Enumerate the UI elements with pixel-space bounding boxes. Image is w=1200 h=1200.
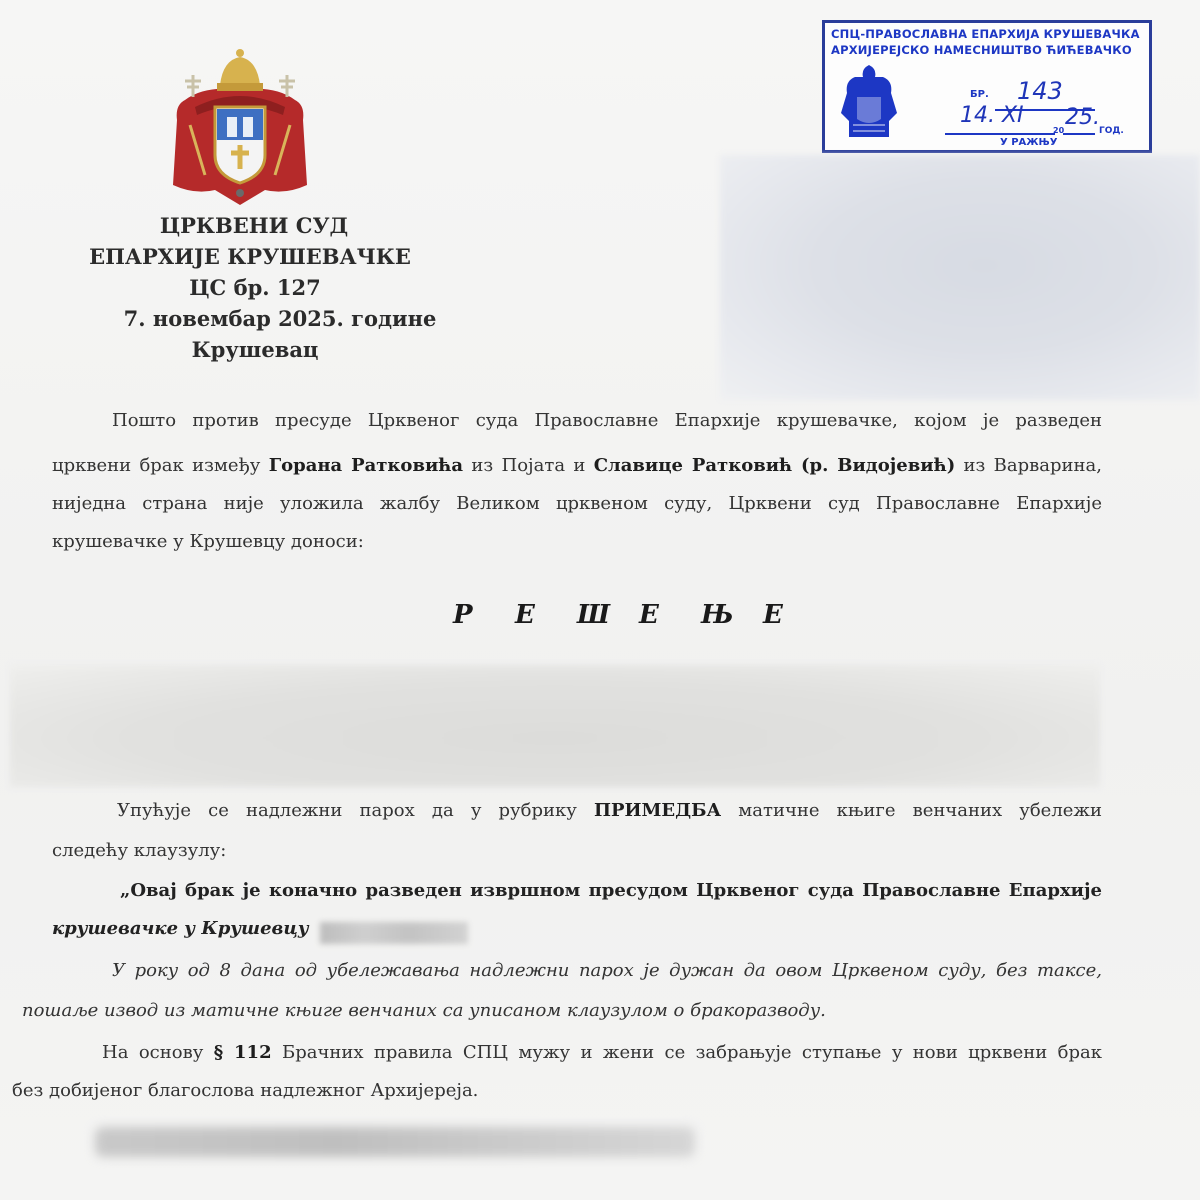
- rule-section-number: § 112: [214, 1042, 272, 1063]
- title-letter: Р: [453, 600, 515, 630]
- remark-field-name: ПРИМЕДБА: [594, 800, 721, 821]
- intro-line: Пошто против пресуде Црквеног суда Право…: [112, 410, 1102, 431]
- clause-line: „Овај брак је коначно разведен извршном …: [120, 880, 1102, 901]
- stamp-date-value: 14. XI: [960, 103, 1024, 128]
- text-span: Брачних правила СПЦ мужу и жени се забра…: [272, 1042, 1102, 1063]
- church-coat-of-arms-icon: [165, 45, 315, 210]
- decision-title: РЕШЕЊЕ: [453, 600, 825, 630]
- instruction-line: Упућује се надлежни парох да у рубрику П…: [117, 800, 1102, 821]
- text-span: црквени брак између: [52, 455, 269, 476]
- closing-line: пошаље извод из матичне књиге венчаних с…: [22, 1000, 1072, 1021]
- closing-line: без добијеног благослова надлежног Архиј…: [12, 1080, 1062, 1101]
- stamp-title-line1: СПЦ-ПРАВОСЛАВНА ЕПАРХИЈА КРУШЕВАЧКА: [831, 27, 1140, 41]
- instruction-line: следећу клаузулу:: [52, 840, 1102, 861]
- stamp-place: У РАЖЊУ: [1000, 137, 1058, 148]
- text-span: из Варварина,: [955, 455, 1102, 476]
- intro-line: крушевачке у Крушевцу доноси:: [52, 531, 1102, 552]
- closing-line: У року од 8 дана од убележавања надлежни…: [112, 960, 1102, 981]
- title-letter: Е: [763, 600, 825, 630]
- title-letter: Ш: [577, 600, 639, 630]
- text-span: На основу: [102, 1042, 214, 1063]
- stamp-year-value: 25.: [1065, 105, 1100, 130]
- text-span: из Појата и: [463, 455, 594, 476]
- party-wife-name: Славице Ратковић (р. Видојевић): [594, 455, 956, 476]
- registry-stamp: СПЦ-ПРАВОСЛАВНА ЕПАРХИЈА КРУШЕВАЧКА АРХИ…: [822, 20, 1152, 153]
- stamp-number-label: БР.: [970, 89, 989, 100]
- redacted-footer-line: [95, 1127, 695, 1157]
- title-letter: Е: [515, 600, 577, 630]
- case-number: ЦС бр. 127: [70, 272, 440, 303]
- document-date: 7. новембар 2025. године: [120, 303, 440, 334]
- closing-line: На основу § 112 Брачних правила СПЦ мужу…: [102, 1042, 1102, 1063]
- redacted-decision-body: [10, 665, 1100, 787]
- court-header: ЦРКВЕНИ СУД ЕПАРХИЈЕ КРУШЕВАЧКЕ ЦС бр. 1…: [60, 210, 440, 365]
- text-span: матичне књиге венчаних убележи: [721, 800, 1102, 821]
- stamp-number-value: 143: [1017, 77, 1063, 105]
- clause-line: крушевачке у Крушевцу: [52, 918, 1102, 939]
- intro-line: црквени брак између Горана Ратковића из …: [52, 455, 1102, 476]
- text-span: Упућује се надлежни парох да у рубрику: [117, 800, 594, 821]
- stamp-date-underline: [945, 133, 1055, 135]
- document-page: ЦРКВЕНИ СУД ЕПАРХИЈЕ КРУШЕВАЧКЕ ЦС бр. 1…: [0, 0, 1200, 1200]
- redacted-clause-reference: [320, 922, 468, 944]
- court-name: ЦРКВЕНИ СУД: [68, 210, 440, 241]
- stamp-year-underline: [1063, 133, 1095, 135]
- eparchy-name: ЕПАРХИЈЕ КРУШЕВАЧКЕ: [60, 241, 440, 272]
- title-letter: Е: [639, 600, 701, 630]
- stamp-title-line2: АРХИЈЕРЕЈСКО НАМЕСНИШТВО ЋИЋЕВАЧКО: [831, 43, 1132, 57]
- document-place: Крушевац: [70, 334, 440, 365]
- intro-line: ниједна страна није уложила жалбу Велико…: [52, 493, 1102, 514]
- stamp-year-suffix: ГОД.: [1099, 126, 1124, 136]
- serbian-coat-of-arms-icon: [839, 63, 899, 143]
- title-letter: Њ: [701, 600, 763, 630]
- redacted-block-top: [720, 155, 1200, 400]
- party-husband-name: Горана Ратковића: [269, 455, 463, 476]
